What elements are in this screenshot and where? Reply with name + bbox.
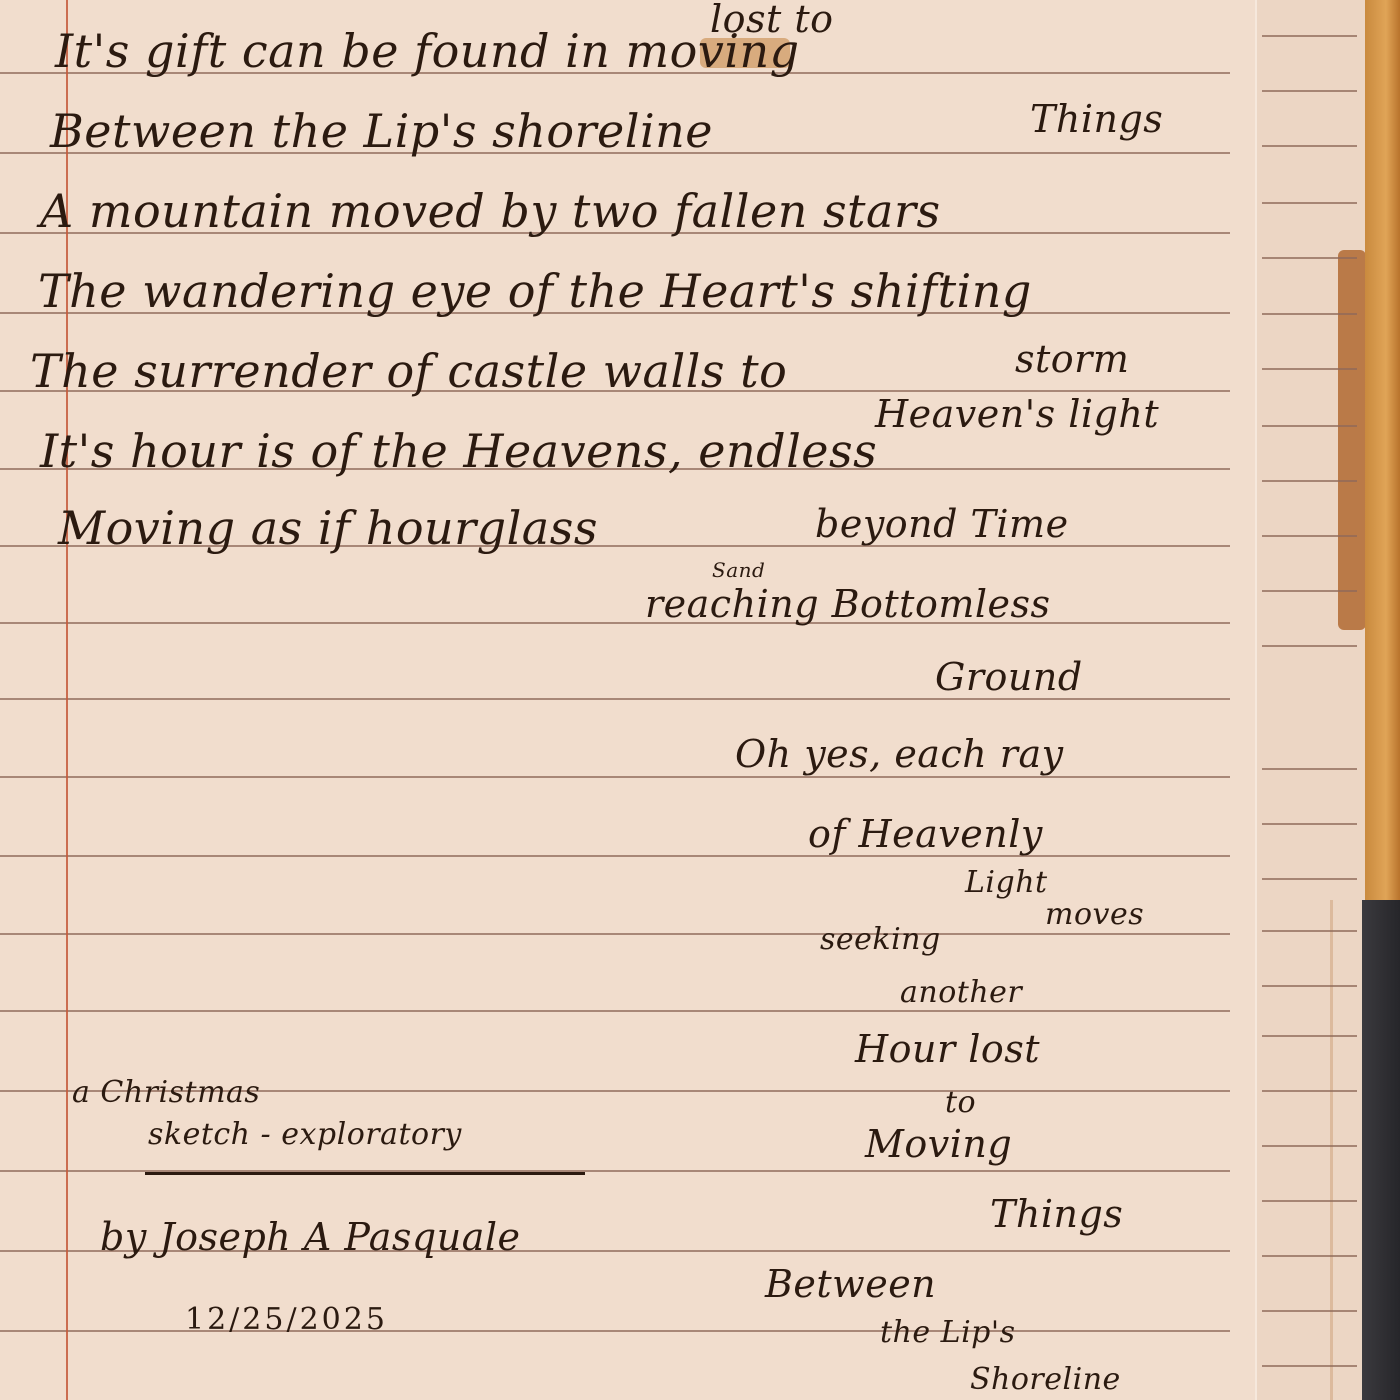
rule-line bbox=[1262, 878, 1357, 880]
stanza-line: another bbox=[900, 978, 1022, 1008]
rule-line bbox=[1262, 90, 1357, 92]
rule-line bbox=[1262, 1255, 1357, 1257]
rule-line bbox=[1262, 1090, 1357, 1092]
stanza-line: Things bbox=[990, 1195, 1123, 1233]
underlying-page-strip bbox=[1255, 0, 1367, 1400]
rule-line bbox=[1262, 145, 1357, 147]
rule-line bbox=[1262, 645, 1357, 647]
author-signature: by Joseph A Pasquale bbox=[100, 1218, 521, 1256]
rule-line bbox=[0, 855, 1230, 857]
poem-line: reaching Bottomless bbox=[645, 585, 1051, 623]
rule-line bbox=[1262, 313, 1357, 315]
rule-line bbox=[1262, 985, 1357, 987]
poem-line: Moving as if hourglass bbox=[58, 505, 598, 551]
poem-line: The wandering eye of the Heart's shiftin… bbox=[38, 268, 1032, 314]
subtitle: sketch - exploratory bbox=[148, 1120, 462, 1150]
stanza-line: moves bbox=[1045, 900, 1144, 930]
poem-continuation: beyond Time bbox=[815, 505, 1069, 543]
rule-line bbox=[0, 776, 1230, 778]
poem-line: A mountain moved by two fallen stars bbox=[40, 188, 941, 234]
poem-line: The surrender of castle walls to bbox=[30, 348, 787, 394]
date: 12/25/2025 bbox=[185, 1305, 388, 1335]
torn-edge bbox=[1330, 900, 1345, 1400]
rule-line bbox=[1262, 1200, 1357, 1202]
rule-line bbox=[1262, 930, 1357, 932]
caret-insertion: Sand bbox=[712, 560, 765, 580]
rule-line bbox=[0, 1010, 1230, 1012]
rule-line bbox=[1262, 1365, 1357, 1367]
rule-line bbox=[1262, 257, 1357, 259]
poem-line: Between the Lip's shoreline bbox=[50, 108, 713, 154]
rule-line bbox=[1262, 535, 1357, 537]
stanza-line: Light bbox=[965, 868, 1048, 898]
rule-line bbox=[1262, 1035, 1357, 1037]
stanza-line: the Lip's bbox=[880, 1318, 1016, 1348]
stanza-line: Moving bbox=[865, 1125, 1012, 1163]
stanza-line: to bbox=[945, 1088, 976, 1118]
tape-stain bbox=[1338, 250, 1366, 630]
rule-line bbox=[1262, 1310, 1357, 1312]
rule-line bbox=[1262, 823, 1357, 825]
rule-line bbox=[1262, 1145, 1357, 1147]
poem-line: Ground bbox=[935, 658, 1083, 696]
subtitle-underline bbox=[145, 1172, 585, 1175]
poem-line: It's gift can be found in moving bbox=[55, 28, 800, 74]
rule-line bbox=[1262, 590, 1357, 592]
rule-line bbox=[1262, 35, 1357, 37]
rule-line bbox=[1262, 768, 1357, 770]
stanza-line: Shoreline bbox=[970, 1365, 1121, 1395]
stanza-line: seeking bbox=[820, 925, 941, 955]
stanza-line: of Heavenly bbox=[808, 815, 1043, 853]
poem-continuation: storm bbox=[1015, 340, 1129, 378]
rule-line bbox=[1262, 202, 1357, 204]
stanza-line: Between bbox=[765, 1265, 936, 1303]
stanza-line: Hour lost bbox=[855, 1030, 1040, 1068]
subtitle: a Christmas bbox=[72, 1078, 260, 1108]
poem-continuation: Things bbox=[1030, 100, 1163, 138]
rule-line bbox=[1262, 368, 1357, 370]
poem-line: It's hour is of the Heavens, endless bbox=[40, 428, 877, 474]
background-shadow bbox=[1362, 900, 1400, 1400]
rule-line bbox=[1262, 480, 1357, 482]
stanza-line: Oh yes, each ray bbox=[735, 735, 1064, 773]
rule-line bbox=[0, 933, 1230, 935]
poem-continuation: Heaven's light bbox=[875, 395, 1159, 433]
rule-line bbox=[1262, 425, 1357, 427]
